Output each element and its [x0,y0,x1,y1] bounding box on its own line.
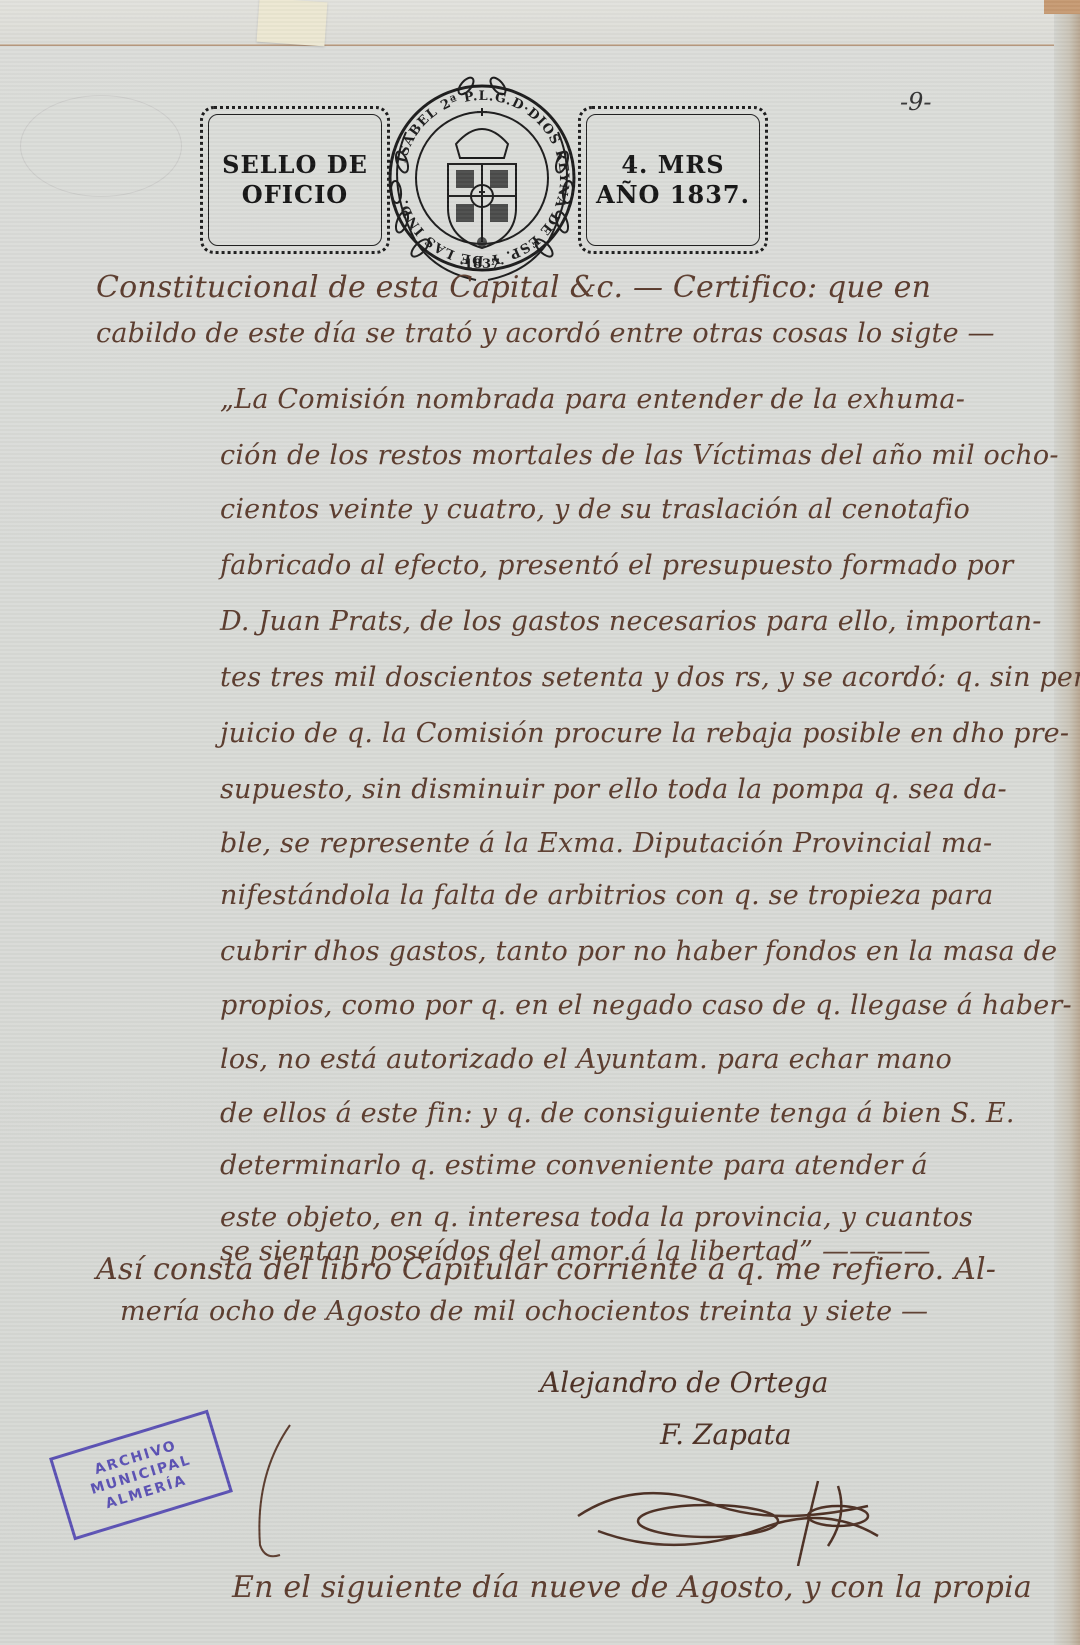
manuscript-line-14: propios, como por q. en el negado caso d… [220,990,1072,1021]
underlying-page-edge-2 [0,26,1080,45]
bleed-through-ghost [20,95,182,197]
manuscript-line-2: cabildo de este día se trató y acordó en… [96,318,995,349]
corner-stain [1044,0,1080,14]
stamp-left-line-2: OFICIO [242,180,348,210]
manuscript-line-15: los, no está autorizado el Ayuntam. para… [220,1044,952,1075]
stamp-right-panel: 4. MRS AÑO 1837. [578,106,768,254]
royal-seal-icon: ISABEL 2ª P.L.G.D·DIOS REYNA DE ESP. Y D… [376,72,588,284]
manuscript-line-7: D. Juan Prats, de los gastos necesarios … [220,606,1042,637]
stamp-right-line-1: 4. MRS [621,150,724,180]
page-right-edge [1054,0,1080,1645]
manuscript-line-13: cubrir dhos gastos, tanto por no haber f… [220,936,1057,967]
document-page: -9- SELLO DE OFICIO ISABEL 2ª [0,0,1080,1645]
manuscript-line-8: tes tres mil doscientos setenta y dos rs… [220,662,1080,693]
manuscript-line-20: Así consta del libro Capitular corriente… [96,1252,996,1287]
stamp-right-line-2: AÑO 1837. [596,180,750,210]
manuscript-line-21: mería ocho de Agosto de mil ochocientos … [120,1296,928,1327]
manuscript-line-6: fabricado al efecto, presentó el presupu… [220,550,1013,581]
folio-number: -9- [900,88,932,116]
manuscript-line-17: determinarlo q. estime conveniente para … [220,1150,928,1181]
manuscript-line-11: ble, se represente á la Exma. Diputación… [220,828,992,859]
stamp-left-panel: SELLO DE OFICIO [200,106,390,254]
manuscript-line-12: nifestándola la falta de arbitrios con q… [220,880,993,911]
manuscript-line-18: este objeto, en q. interesa toda la prov… [220,1202,973,1233]
archive-municipal-almeria-stamp: ARCHIVO MUNICIPAL ALMERÍA [49,1410,233,1541]
manuscript-line-5: cientos veinte y cuatro, y de su traslac… [220,494,970,525]
paper-tape [257,0,328,46]
manuscript-line-1: Constitucional de esta Capital &c. — Cer… [96,270,931,305]
signature-alejandro-de-ortega: Alejandro de Ortega [540,1366,828,1399]
manuscript-line-3: „La Comisión nombrada para entender de l… [220,384,965,415]
manuscript-line-4: ción de los restos mortales de las Vícti… [220,440,1059,471]
signature-zapata: F. Zapata [660,1418,792,1451]
manuscript-line-10: supuesto, sin disminuir por ello toda la… [220,774,1007,805]
manuscript-closing-line: En el siguiente día nueve de Agosto, y c… [232,1570,1032,1605]
stamp-left-line-1: SELLO DE [222,150,368,180]
decorative-initial-flourish [240,1420,310,1560]
manuscript-line-16: de ellos á este fin: y q. de consiguient… [220,1098,1015,1129]
signature-rubric-flourish [568,1476,898,1566]
manuscript-line-9: juicio de q. la Comisión procure la reba… [220,718,1069,749]
